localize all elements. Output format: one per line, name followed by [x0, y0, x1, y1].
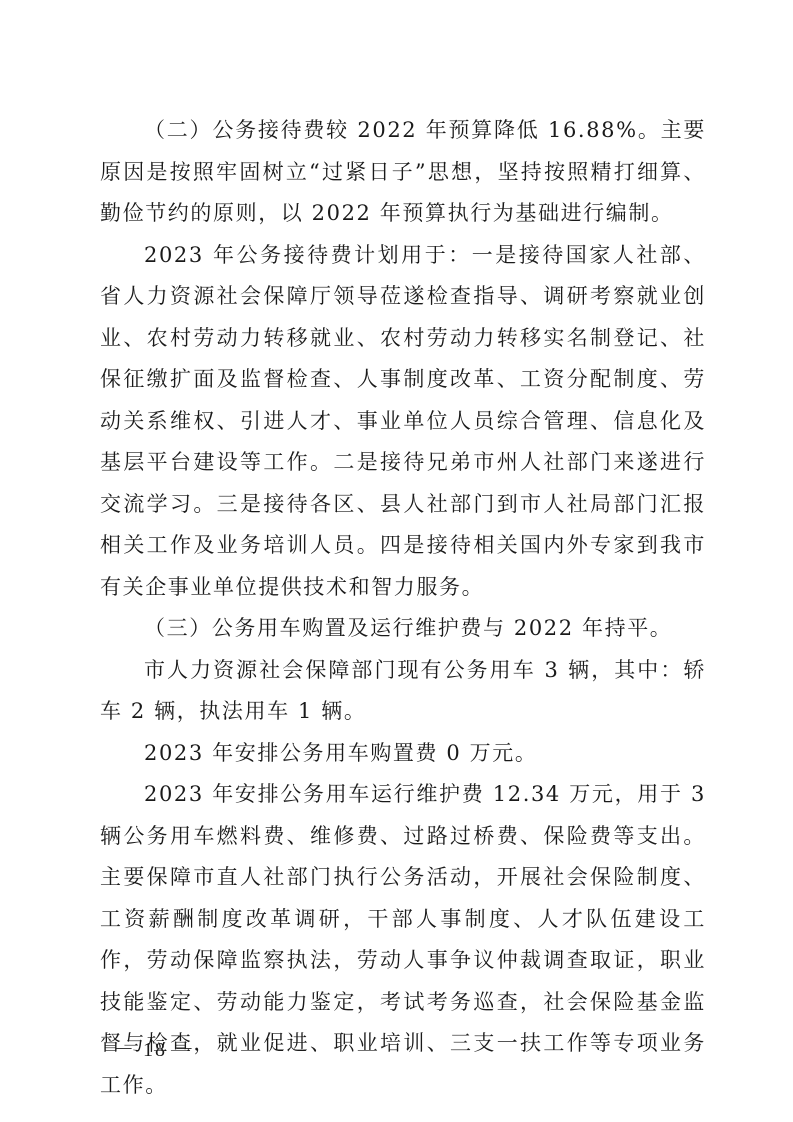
page-number: － 18 － [114, 1033, 196, 1062]
paragraph-reception-fee-plan: 2023 年公务接待费计划用于：一是接待国家人社部、省人力资源社会保障厅领导莅遂… [100, 235, 706, 609]
paragraph-vehicle-purchase: 2023 年安排公务用车购置费 0 万元。 [100, 733, 706, 775]
paragraph-vehicle-count: 市人力资源社会保障部门现有公务用车 3 辆，其中：轿车 2 辆，执法用车 1 辆… [100, 650, 706, 733]
document-body: （二）公务接待费较 2022 年预算降低 16.88%。主要原因是按照牢固树立“… [100, 110, 706, 1106]
paragraph-vehicle-fee-heading: （三）公务用车购置及运行维护费与 2022 年持平。 [100, 608, 706, 650]
paragraph-reception-fee-reduction: （二）公务接待费较 2022 年预算降低 16.88%。主要原因是按照牢固树立“… [100, 110, 706, 235]
